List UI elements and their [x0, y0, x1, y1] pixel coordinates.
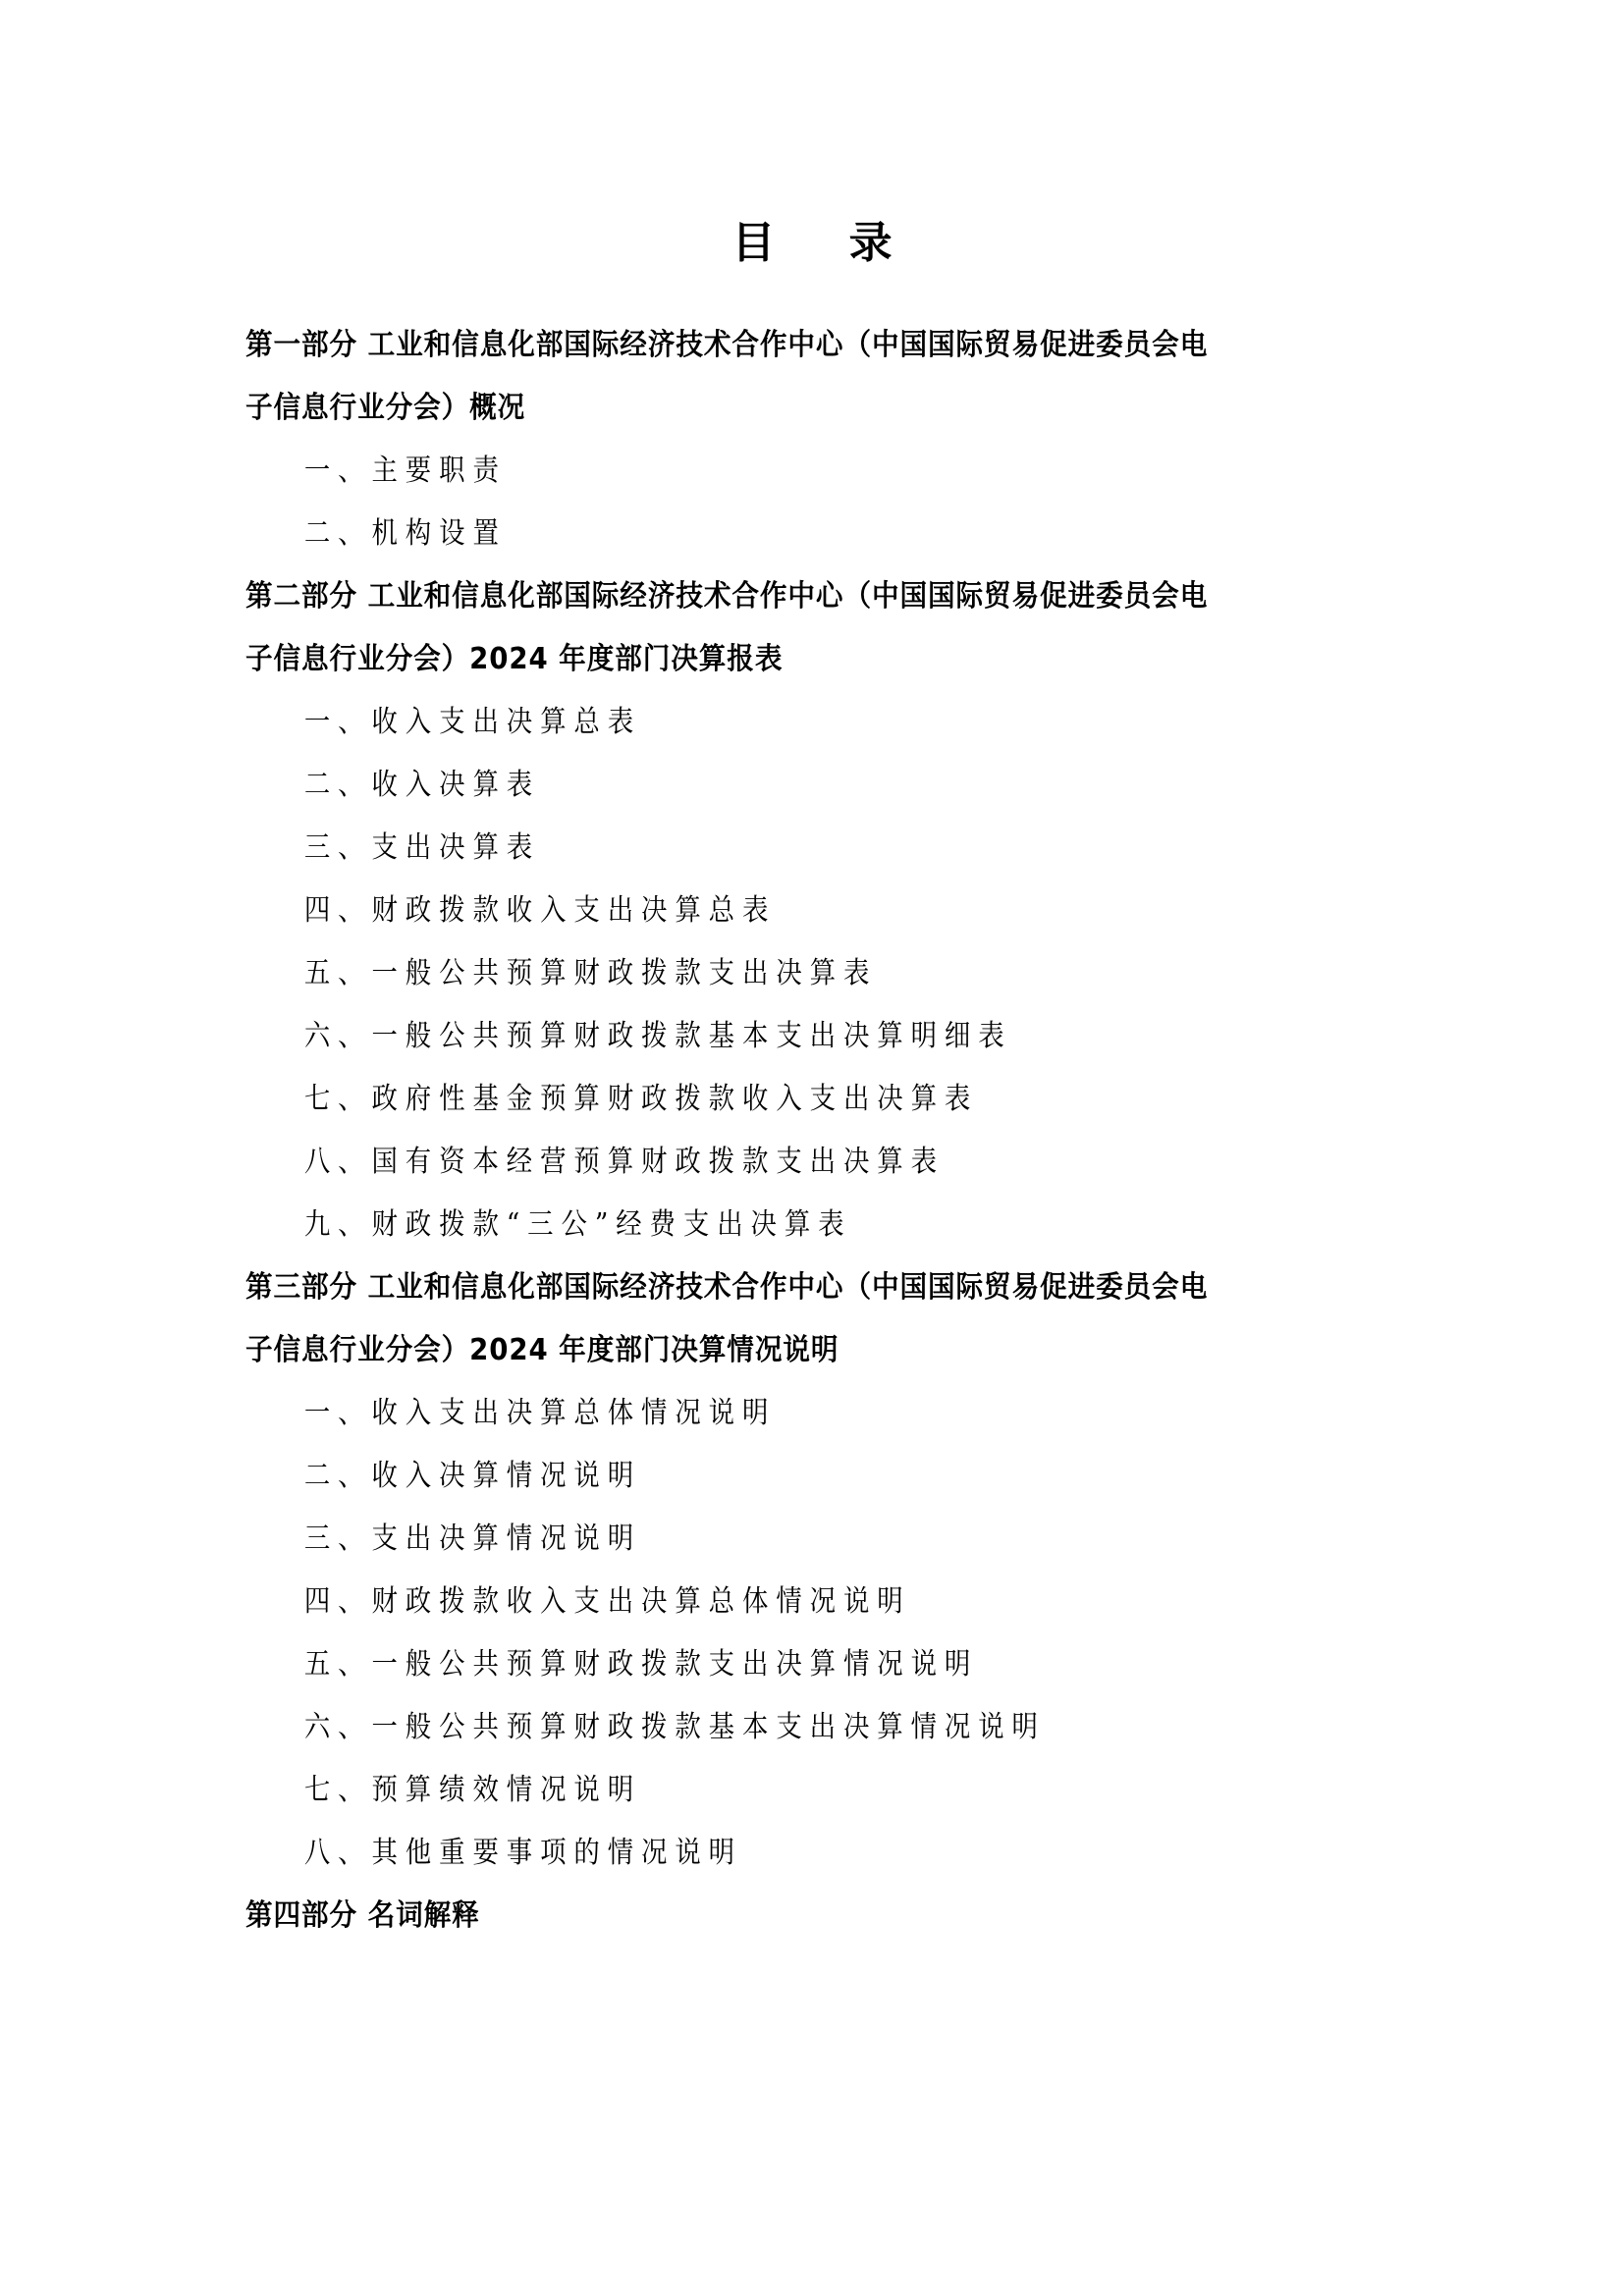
toc-part-heading-continued[interactable]: 子信息行业分会）概况	[245, 377, 1293, 440]
toc-item[interactable]: 八、其他重要事项的情况说明	[245, 1822, 1248, 1885]
toc-part-heading-continued[interactable]: 子信息行业分会）2024 年度部门决算报表	[245, 628, 1293, 691]
toc-item[interactable]: 一、收入支出决算总体情况说明	[245, 1382, 1248, 1445]
toc-part-3: 第三部分 工业和信息化部国际经济技术合作中心（中国国际贸易促进委员会电 子信息行…	[245, 1256, 1384, 1885]
toc-item[interactable]: 七、政府性基金预算财政拨款收入支出决算表	[245, 1068, 1248, 1131]
toc-part-2: 第二部分 工业和信息化部国际经济技术合作中心（中国国际贸易促进委员会电 子信息行…	[245, 565, 1384, 1256]
toc-item[interactable]: 一、主要职责	[245, 440, 1248, 503]
toc-title: 目 录	[0, 214, 1624, 273]
table-of-contents: 第一部分 工业和信息化部国际经济技术合作中心（中国国际贸易促进委员会电 子信息行…	[245, 314, 1384, 1948]
toc-item[interactable]: 三、支出决算表	[245, 817, 1248, 880]
toc-part-heading[interactable]: 第二部分 工业和信息化部国际经济技术合作中心（中国国际贸易促进委员会电	[245, 565, 1293, 628]
toc-item[interactable]: 五、一般公共预算财政拨款支出决算表	[245, 942, 1248, 1005]
toc-item[interactable]: 六、一般公共预算财政拨款基本支出决算情况说明	[245, 1696, 1248, 1759]
document-page: 目 录 第一部分 工业和信息化部国际经济技术合作中心（中国国际贸易促进委员会电 …	[0, 0, 1624, 2296]
toc-part-heading-continued[interactable]: 子信息行业分会）2024 年度部门决算情况说明	[245, 1319, 1293, 1382]
toc-item[interactable]: 六、一般公共预算财政拨款基本支出决算明细表	[245, 1005, 1248, 1068]
toc-part-heading[interactable]: 第三部分 工业和信息化部国际经济技术合作中心（中国国际贸易促进委员会电	[245, 1256, 1293, 1319]
toc-item[interactable]: 二、机构设置	[245, 503, 1248, 565]
toc-item[interactable]: 二、收入决算情况说明	[245, 1445, 1248, 1508]
toc-part-heading[interactable]: 第一部分 工业和信息化部国际经济技术合作中心（中国国际贸易促进委员会电	[245, 314, 1293, 377]
toc-item[interactable]: 五、一般公共预算财政拨款支出决算情况说明	[245, 1633, 1248, 1696]
toc-item[interactable]: 一、收入支出决算总表	[245, 691, 1248, 754]
toc-part-4: 第四部分 名词解释	[245, 1885, 1384, 1948]
toc-item[interactable]: 四、财政拨款收入支出决算总表	[245, 880, 1248, 942]
toc-item[interactable]: 七、预算绩效情况说明	[245, 1759, 1248, 1822]
toc-item[interactable]: 八、国有资本经营预算财政拨款支出决算表	[245, 1131, 1248, 1194]
toc-item[interactable]: 九、财政拨款“三公”经费支出决算表	[245, 1194, 1248, 1256]
toc-part-heading[interactable]: 第四部分 名词解释	[245, 1885, 1293, 1948]
toc-part-1: 第一部分 工业和信息化部国际经济技术合作中心（中国国际贸易促进委员会电 子信息行…	[245, 314, 1384, 565]
toc-item[interactable]: 二、收入决算表	[245, 754, 1248, 817]
toc-item[interactable]: 三、支出决算情况说明	[245, 1508, 1248, 1571]
toc-item[interactable]: 四、财政拨款收入支出决算总体情况说明	[245, 1571, 1248, 1633]
